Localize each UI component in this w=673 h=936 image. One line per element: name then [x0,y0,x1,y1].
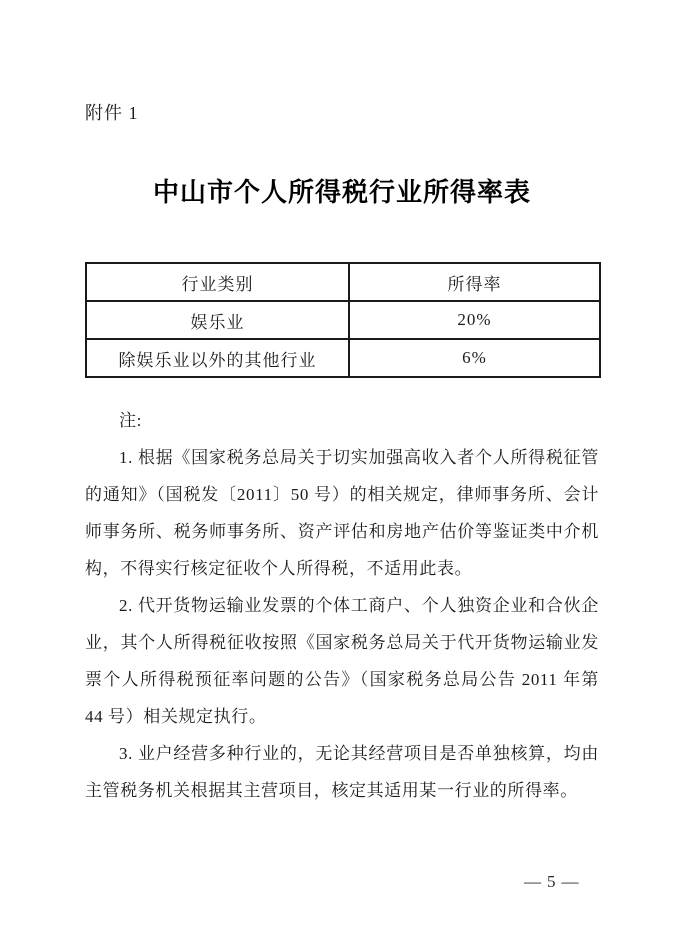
footer-dash-right: — [562,872,579,892]
table-header-row: 行业类别 所得率 [86,263,600,301]
page-footer: —5— [518,872,585,892]
note-item-1: 1. 根据《国家税务总局关于切实加强高收入者个人所得税征管的通知》（国税发〔20… [85,439,599,587]
table-cell-industry-other: 除娱乐业以外的其他行业 [86,339,349,377]
attachment-label: 附件 1 [85,99,139,125]
table-cell-rate-entertainment: 20% [349,301,600,339]
document-page: 附件 1 中山市个人所得税行业所得率表 行业类别 所得率 娱乐业 20% 除娱乐… [0,0,673,936]
page-number: 5 [547,872,556,891]
table-cell-rate-other: 6% [349,339,600,377]
footer-dash-left: — [524,872,541,892]
table-header-income-rate: 所得率 [349,263,600,301]
table-row: 除娱乐业以外的其他行业 6% [86,339,600,377]
income-rate-table: 行业类别 所得率 娱乐业 20% 除娱乐业以外的其他行业 6% [85,262,601,378]
table-row: 娱乐业 20% [86,301,600,339]
page-title: 中山市个人所得税行业所得率表 [85,172,599,209]
note-item-2: 2. 代开货物运输业发票的个体工商户、个人独资企业和合伙企业，其个人所得税征收按… [85,587,599,735]
table-header-industry-category: 行业类别 [86,263,349,301]
table-cell-industry-entertainment: 娱乐业 [86,301,349,339]
note-item-3: 3. 业户经营多种行业的，无论其经营项目是否单独核算，均由主管税务机关根据其主营… [85,735,599,809]
notes-section: 注: 1. 根据《国家税务总局关于切实加强高收入者个人所得税征管的通知》（国税发… [85,402,599,809]
notes-label: 注: [85,402,599,439]
